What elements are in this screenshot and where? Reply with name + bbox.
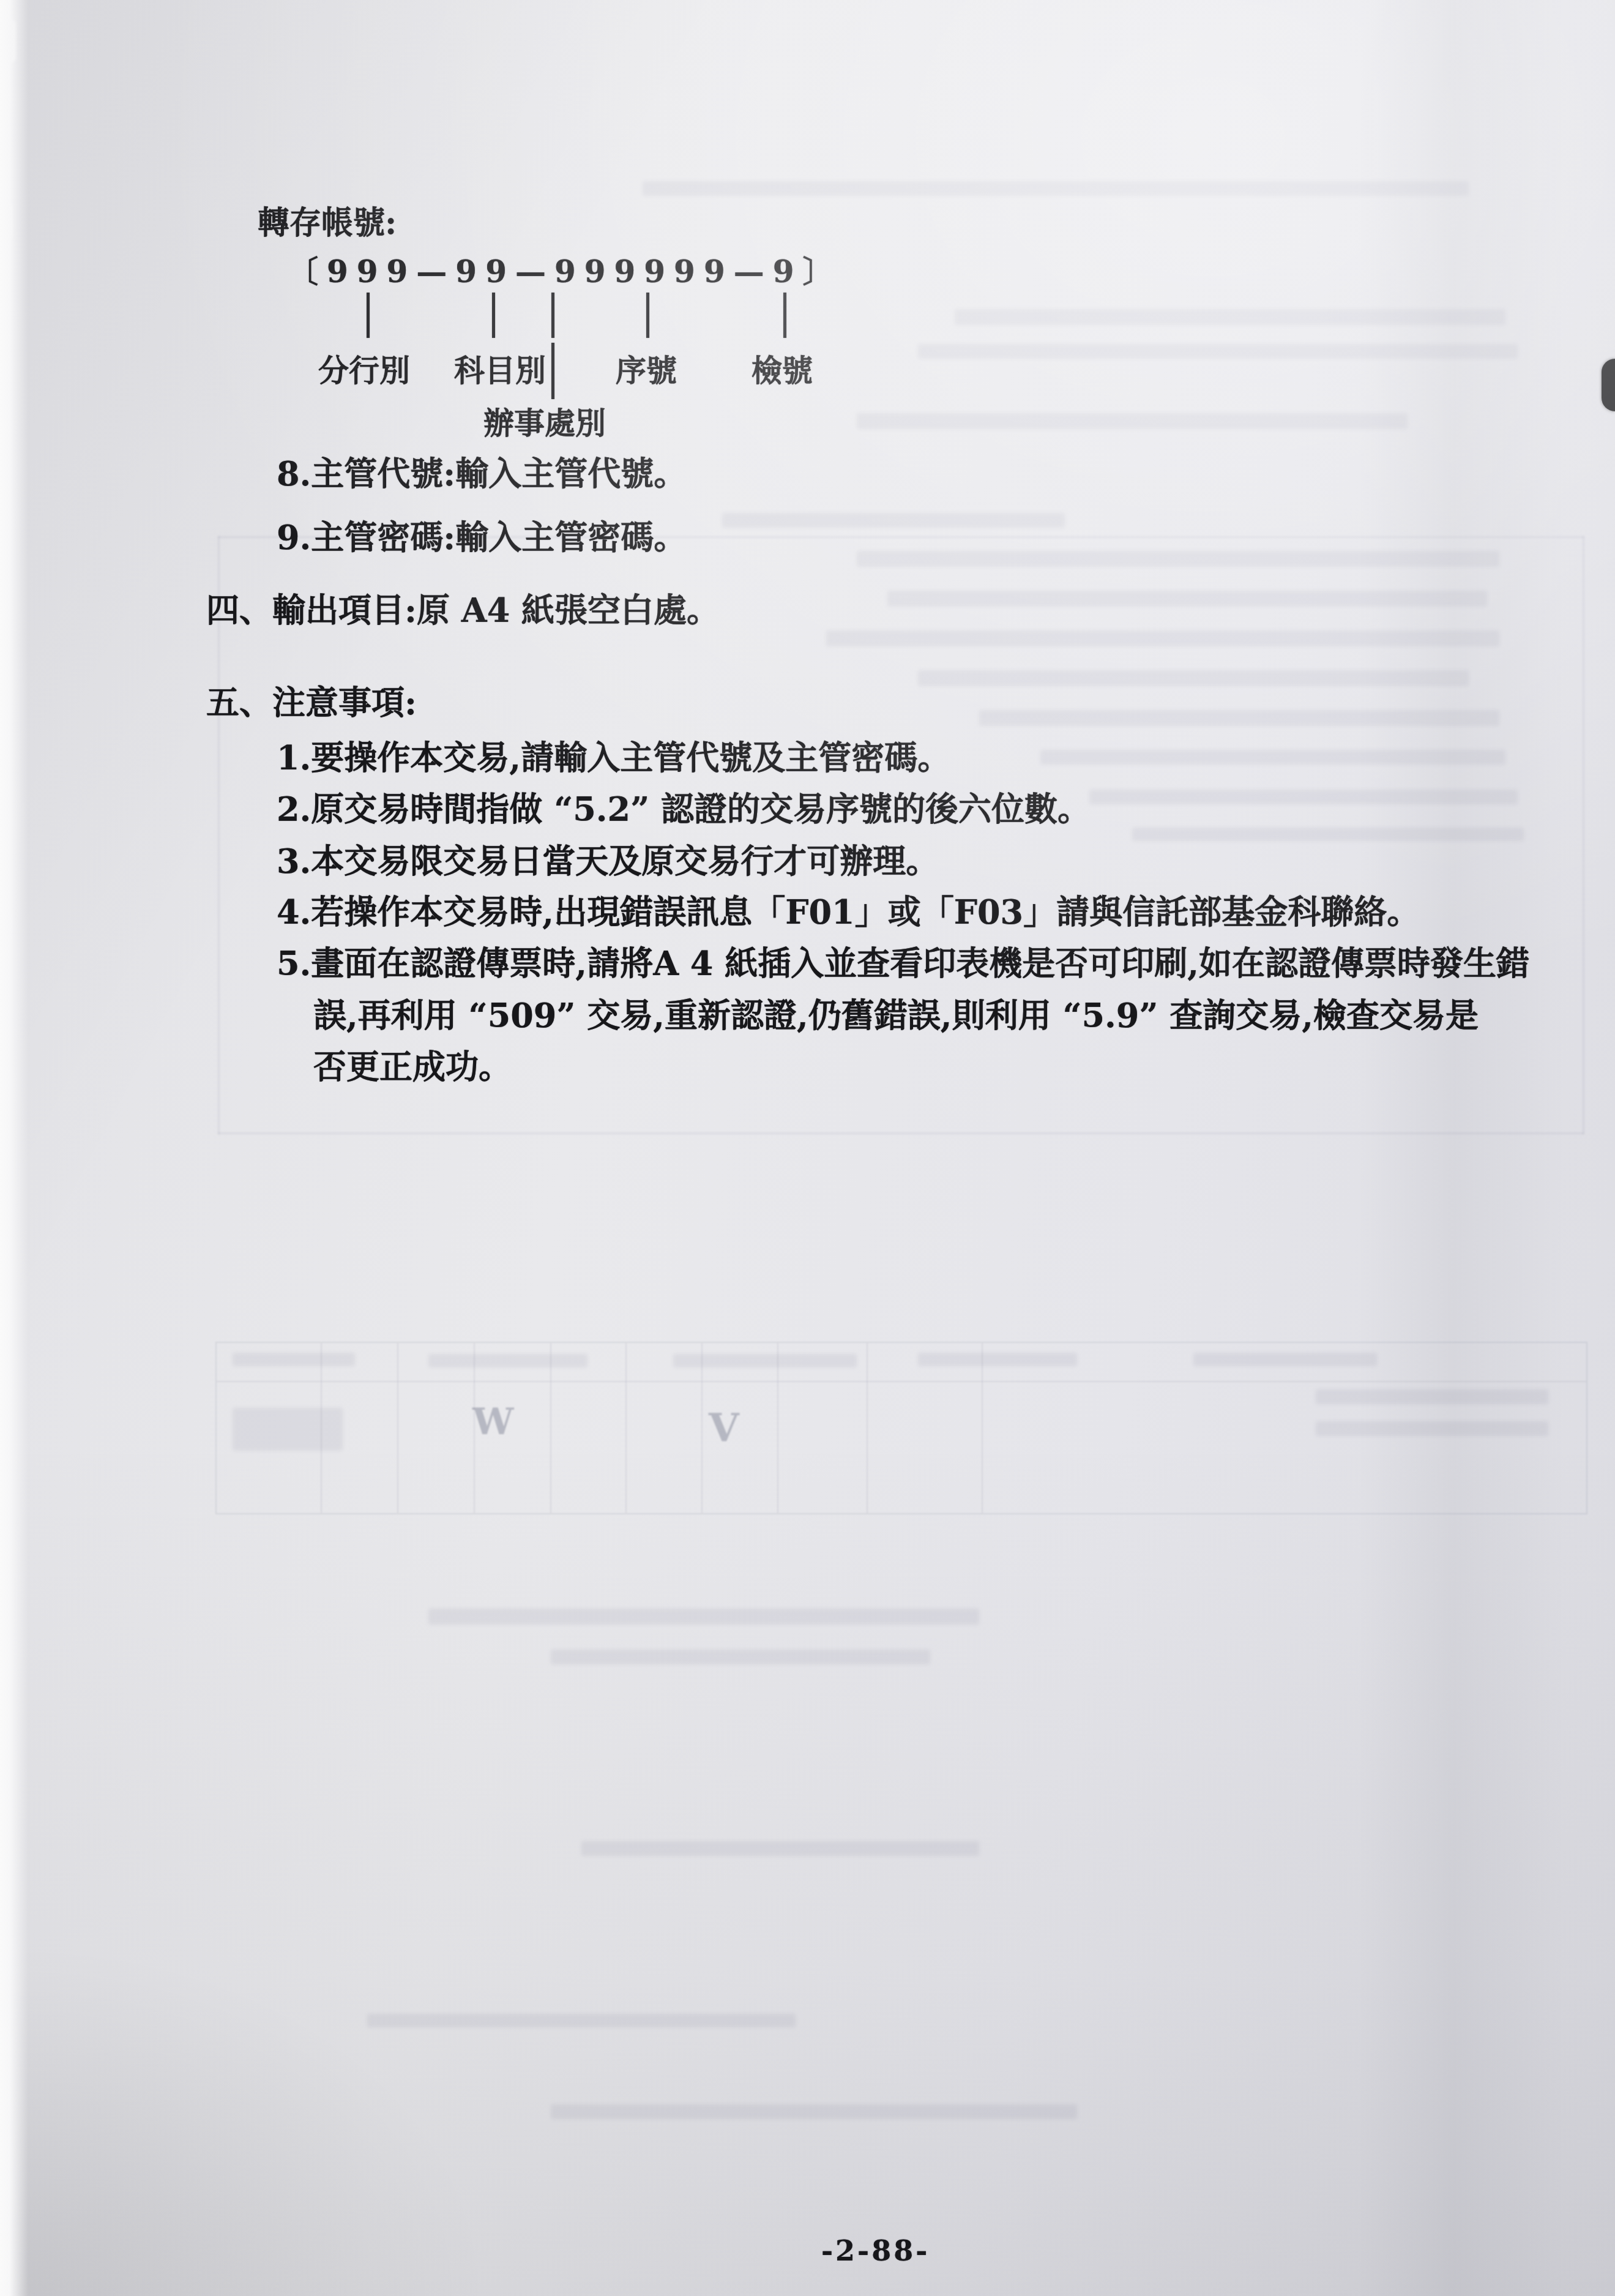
bleed-through-cell-text [428, 1354, 587, 1367]
scanner-edge-nick [0, 20, 16, 62]
scanner-edge-nick [0, 202, 12, 240]
bleed-through-cell-text [233, 1353, 355, 1366]
note-line: 3.本交易限交易日當天及原交易行才可辦理。 [277, 836, 939, 883]
note-line: 否更正成功。 [313, 1041, 512, 1088]
label-serial: 序號 [616, 346, 677, 391]
bleed-through-row [918, 344, 1518, 359]
bleed-through-cell-text [918, 1353, 1077, 1366]
bleed-through-row [551, 1650, 930, 1664]
section-output-heading: 四、輸出項目:原 A4 紙張空白處。 [206, 585, 720, 632]
bleed-through-row [857, 551, 1499, 567]
page-number: -2-88- [821, 2234, 930, 2267]
bleed-through-v-mark: V [709, 1405, 739, 1451]
tick-office-connector [551, 343, 554, 399]
bleed-through-cell-text [1193, 1353, 1377, 1366]
bleed-through-row [428, 1609, 979, 1625]
bleed-through-cell-text [1316, 1421, 1548, 1436]
label-check: 檢號 [752, 346, 813, 391]
bleed-through-row [955, 309, 1505, 325]
ink-blot-right-edge [1602, 359, 1615, 411]
label-office: 辦事處別 [483, 399, 606, 443]
bleed-through-row [887, 591, 1487, 607]
note-line: 誤,再利用 “509” 交易,重新認證,仍舊錯誤,則利用 “5.9” 查詢交易,… [313, 990, 1479, 1037]
bleed-through-row [1040, 750, 1505, 765]
tick-serial [646, 293, 649, 338]
tick-check [783, 293, 786, 338]
bleed-through-cell-text [233, 1408, 343, 1451]
label-subject: 科目別 [454, 346, 546, 391]
bleed-through-row [826, 630, 1499, 646]
note-line: 1.要操作本交易,請輸入主管代號及主管密碼。 [277, 732, 950, 779]
section-notes-heading: 五、注意事項: [206, 677, 417, 724]
note-line: 5.畫面在認證傳票時,請將A 4 紙插入並查看印表機是否可印刷,如在認證傳票時發… [277, 938, 1529, 985]
bleed-through-row [367, 2014, 796, 2027]
note-line: 2.原交易時間指做 “5.2” 認證的交易序號的後六位數。 [277, 783, 1091, 831]
tick-office [551, 293, 554, 338]
account-diagram-title: 轉存帳號: [258, 197, 397, 243]
tick-subject [492, 293, 495, 338]
bleed-through-row [918, 670, 1469, 686]
bleed-through-row [581, 1841, 979, 1856]
scanner-edge-nick [0, 911, 11, 943]
bleed-through-row [643, 181, 1469, 196]
bleed-through-cell-text [673, 1354, 857, 1367]
item-supervisor-id: 8.主管代號:輸入主管代號。 [277, 448, 687, 495]
bleed-through-frame-line [218, 1132, 1584, 1134]
bleed-through-row [979, 710, 1499, 726]
bleed-through-cell-text [1316, 1389, 1548, 1404]
account-number-line: 〔999—99—999999—9〕 [288, 247, 841, 291]
bleed-through-row [1089, 790, 1518, 804]
label-branch: 分行別 [318, 346, 410, 391]
bleed-through-row [722, 513, 1065, 528]
note-line: 4.若操作本交易時,出現錯誤訊息「F01」或「F03」請與信託部基金科聯絡。 [277, 886, 1420, 933]
bleed-through-w-mark: W [472, 1400, 513, 1443]
scanned-document-page: W V 轉存帳號: 〔999—99—999999—9〕 分行別 科目別 序號 檢… [0, 0, 1615, 2296]
tick-branch [367, 293, 370, 338]
bleed-through-frame-line [1583, 536, 1584, 1134]
bleed-through-row [1132, 828, 1524, 841]
item-supervisor-password: 9.主管密碼:輸入主管密碼。 [277, 512, 687, 559]
bleed-through-row [857, 413, 1408, 429]
bleed-through-row [551, 2104, 1077, 2119]
